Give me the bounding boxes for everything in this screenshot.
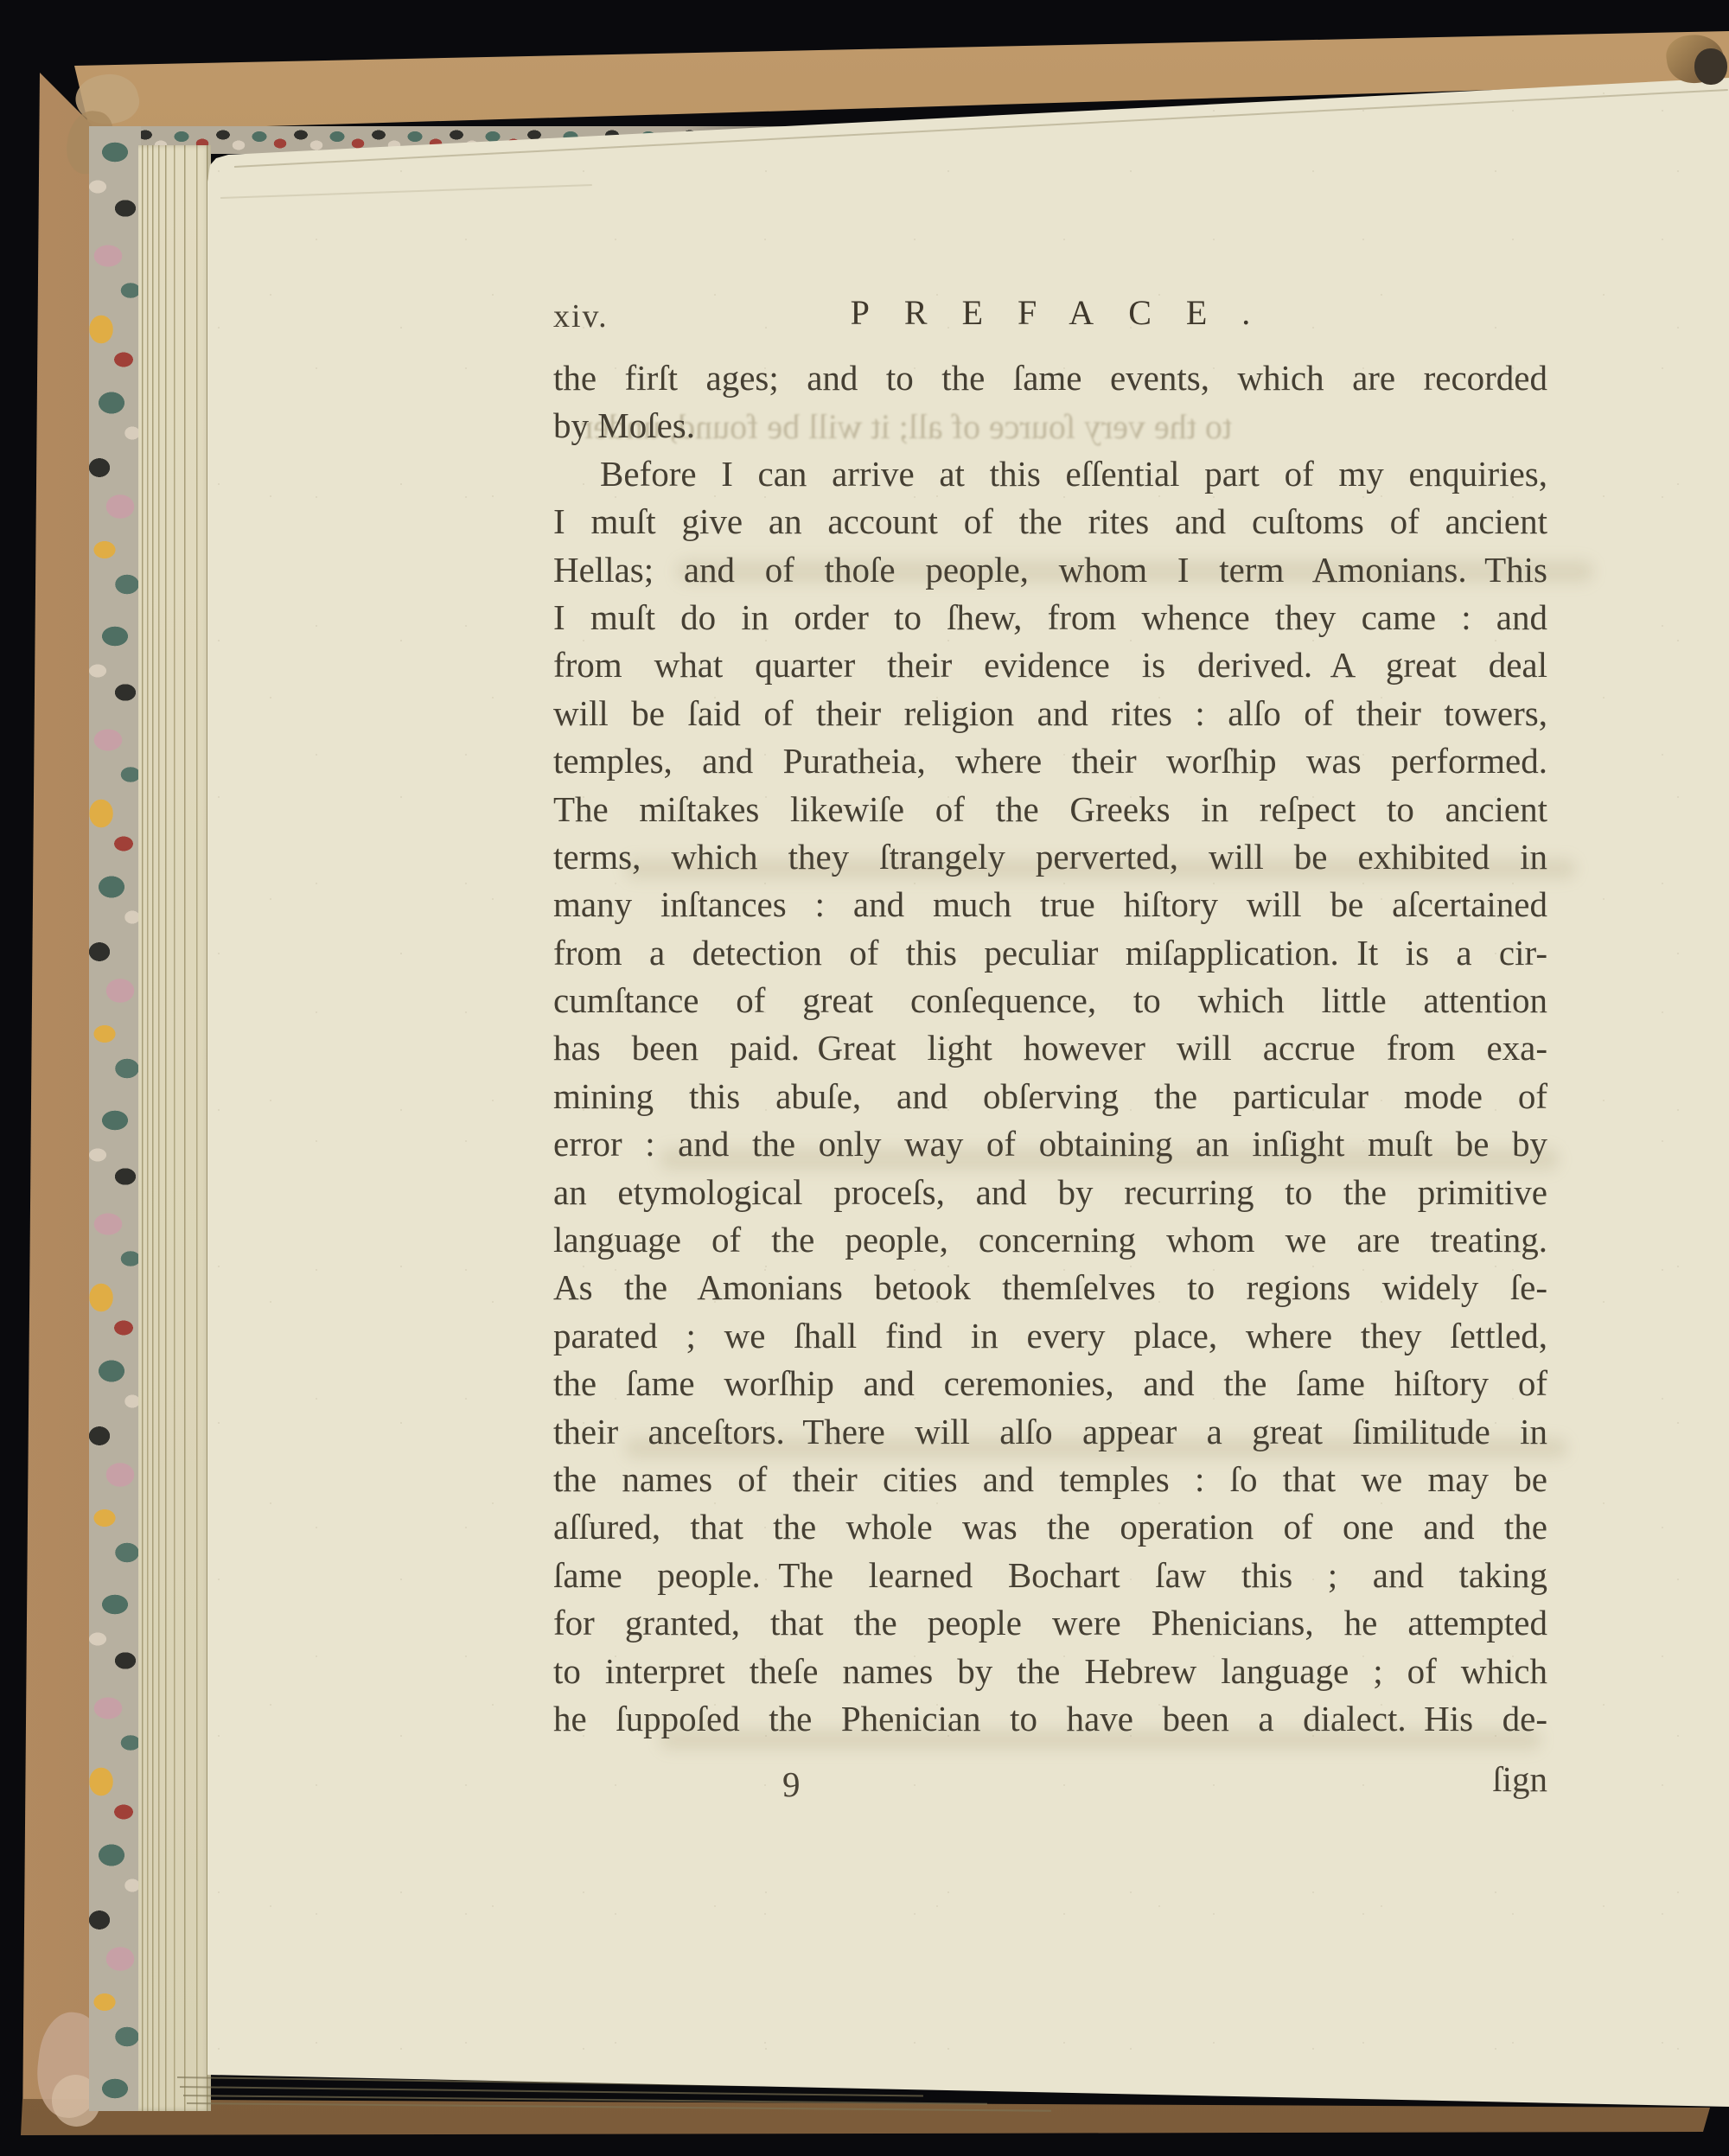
text-line: The miſtakes likewiſe of the Greeks in r…: [553, 786, 1547, 833]
text-line: mining this abuſe, and obſerving the par…: [553, 1073, 1547, 1120]
text-line: their anceſtors. There will alſo appear …: [553, 1408, 1547, 1456]
text-line: terms, which they ſtrangely perverted, w…: [553, 833, 1547, 881]
text-line: Hellas; and of thoſe people, whom I term…: [553, 546, 1547, 594]
text-line: has been paid. Great light however will …: [553, 1024, 1547, 1072]
text-line: the firſt ages; and to the ſame events, …: [553, 354, 1547, 402]
text-line: from a detection of this peculiar miſapp…: [553, 929, 1547, 977]
text-line: ſame people. The learned Bochart ſaw thi…: [553, 1552, 1547, 1599]
text-line: cumſtance of great conſequence, to which…: [553, 977, 1547, 1024]
text-line: aſſured, that the whole was the operatio…: [553, 1503, 1547, 1551]
page-top-crease-small: [220, 184, 592, 199]
running-title: PREFACE.: [553, 292, 1547, 333]
text-line: for granted, that the people were Phenic…: [553, 1599, 1547, 1647]
text-line: he ſuppoſed the Phenician to have been a…: [553, 1695, 1547, 1743]
marbled-endpaper-left-strip: [89, 126, 141, 2111]
photo-of-book: to the very ſource of all; it will be fo…: [0, 0, 1729, 2156]
text-line: from what quarter their evidence is deri…: [553, 641, 1547, 689]
damaged-corner-top-right-shadow: [1694, 48, 1727, 85]
text-line: language of the people, concerning whom …: [553, 1216, 1547, 1264]
text-line: As the Amonians betook themſelves to reg…: [553, 1264, 1547, 1311]
text-line: an etymological proceſs, and by recurrin…: [553, 1169, 1547, 1216]
text-line: many inſtances : and much true hiſtory w…: [553, 881, 1547, 928]
text-line: the names of their cities and temples : …: [553, 1456, 1547, 1503]
text-line: the ſame worſhip and ceremonies, and the…: [553, 1360, 1547, 1407]
text-line: to interpret theſe names by the Hebrew l…: [553, 1648, 1547, 1695]
catchword: ſign: [553, 1758, 1547, 1800]
body-text-block: the firſt ages; and to the ſame events, …: [553, 354, 1547, 1743]
text-line: parated ; we ſhall find in every place, …: [553, 1312, 1547, 1360]
text-line: by Moſes.: [553, 402, 1547, 450]
text-line: I muſt give an account of the rites and …: [553, 498, 1547, 545]
text-line: temples, and Puratheia, where their worſ…: [553, 737, 1547, 785]
text-line: Before I can arrive at this eſſential pa…: [553, 450, 1547, 498]
text-line: will be ſaid of their religion and rites…: [553, 690, 1547, 737]
text-line: I muſt do in order to ſhew, from whence …: [553, 594, 1547, 641]
book-page: to the very ſource of all; it will be fo…: [141, 76, 1729, 2116]
text-line: error : and the only way of obtaining an…: [553, 1120, 1547, 1168]
page-fore-edge-stack: [138, 145, 211, 2111]
